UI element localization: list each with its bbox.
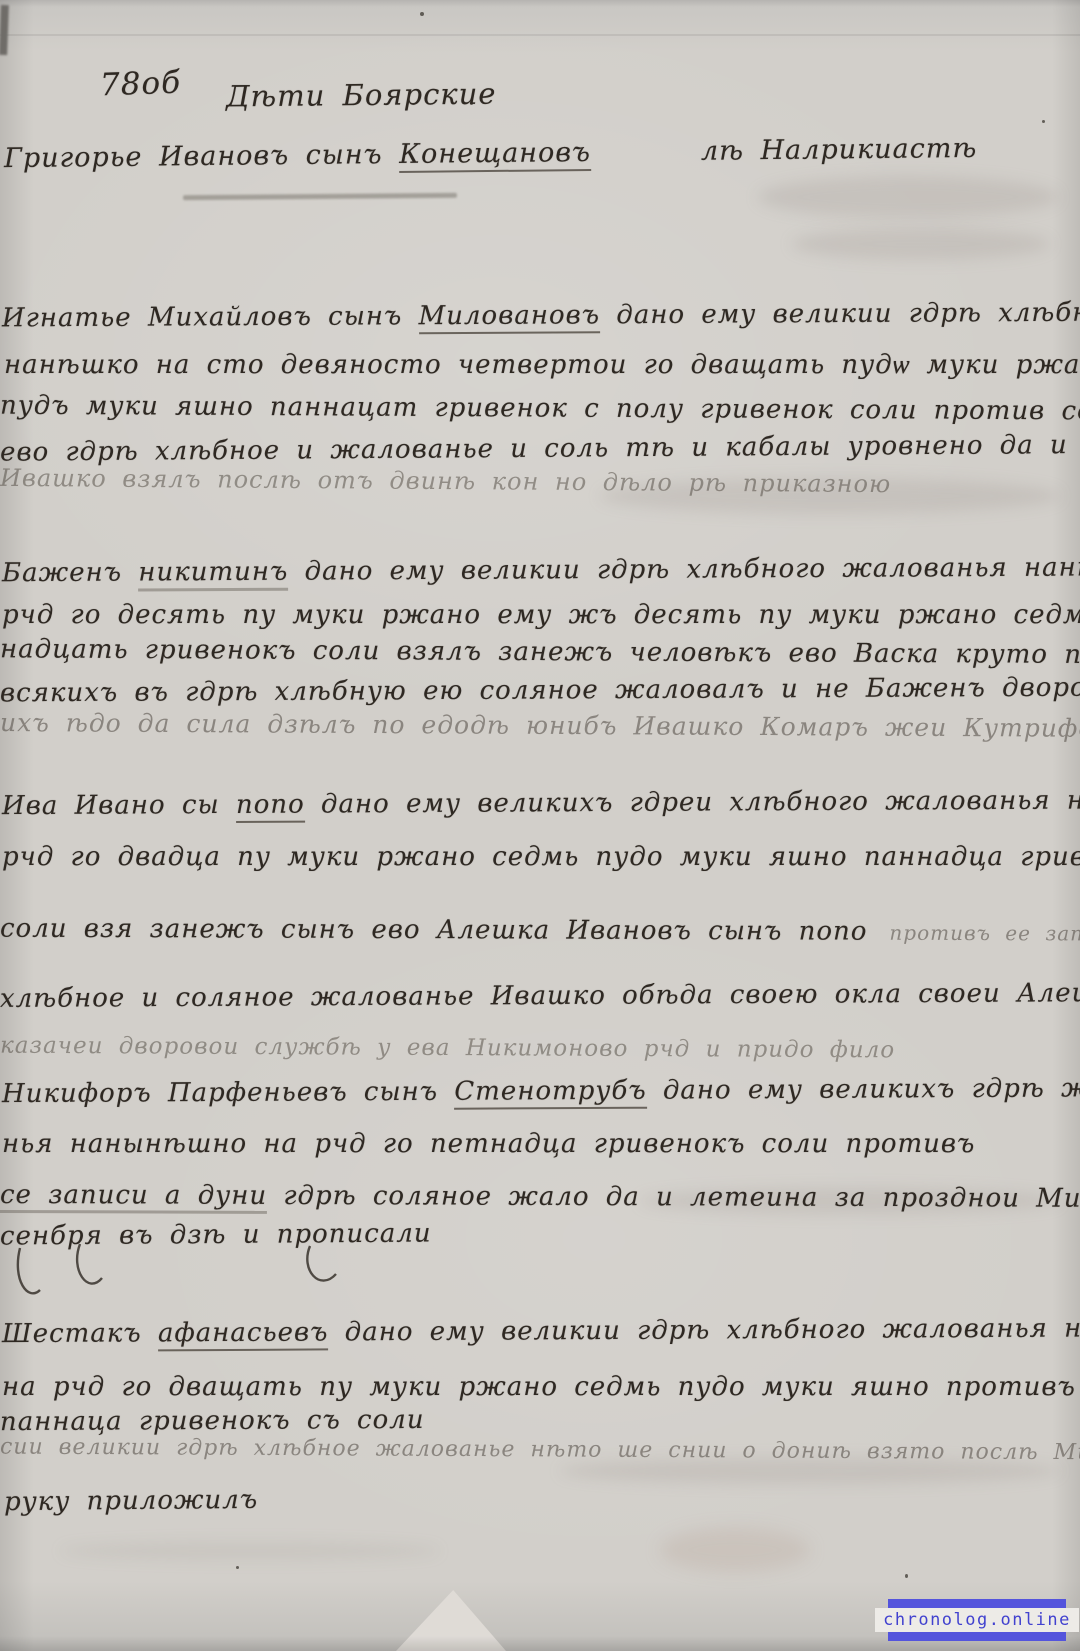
person-surname: попо: [236, 790, 305, 823]
manuscript-line: на рчд го дващать пу муки ржано седмь пу…: [2, 1372, 1080, 1402]
underlined-phrase: се записи а дуни: [0, 1180, 267, 1214]
manuscript-line: ихъ ѣдо да сила дзѣлъ по едодѣ юнибъ Ива…: [0, 708, 1080, 743]
header-tail: лѣ Налрикиастѣ: [701, 133, 978, 167]
watermark-inner-box: chronolog.online: [875, 1608, 1079, 1632]
person-surname: Конещановъ: [399, 137, 591, 173]
paper-speck: [905, 1574, 908, 1578]
person-name-prefix: Никифоръ Парфеньевъ сынъ: [2, 1077, 454, 1109]
line-rest: дано ему великихъ гдрѣ жалова: [647, 1073, 1080, 1106]
manuscript-line: Игнатье Михайловъ сынъ Миловановъ дано е…: [2, 297, 1080, 334]
paper-speck: [236, 1566, 239, 1569]
page-title: Дѣти Боярские: [226, 77, 497, 114]
watermark-box: chronolog.online: [888, 1599, 1066, 1641]
watermark-url: chronolog.online: [883, 1610, 1071, 1630]
person-name-prefix: Григорье Ивановъ сынъ: [4, 139, 399, 174]
line-rest: дано ему великии гдрѣ хлѣбного жалованя: [600, 297, 1080, 331]
manuscript-line: Баженъ никитинъ дано ему великии гдрѣ хл…: [2, 552, 1080, 588]
paper-speck: [420, 12, 424, 16]
manuscript-line: нанѣшко на сто девяносто четвертои го дв…: [4, 350, 1080, 380]
bleedthrough-ghost: [758, 176, 1058, 218]
line-rest: дано ему великии гдрѣ хлѣбного жалованья…: [328, 1313, 1080, 1348]
paper-speck: [1042, 120, 1045, 123]
line-rest: дано ему великии гдрѣ хлѣбного жалованья…: [288, 552, 1080, 587]
manuscript-line: казачеи дворовои службѣ у ева Никимоново…: [0, 1033, 895, 1064]
folio-number: 78об: [99, 65, 181, 104]
manuscript-line: рчд го двадца пу муки ржано седмь пудо м…: [2, 842, 1080, 872]
manuscript-line: рчд го десять пу муки ржано ему жъ десят…: [2, 600, 1080, 630]
manuscript-line: нья нанынѣшно на рчд го петнадца гривено…: [2, 1129, 975, 1159]
manuscript-line: сии великии гдрѣ хлѣбное жалованье нѣто …: [0, 1435, 1080, 1467]
pen-flourish: [10, 1240, 350, 1310]
bleedthrough-ghost: [792, 228, 1050, 260]
paper-stain: [660, 1528, 810, 1572]
top-left-edge-mark: [0, 5, 9, 55]
person-surname: афанасьевъ: [158, 1317, 329, 1351]
manuscript-line: соли взя занежъ сынъ ево Алешка Ивановъ …: [0, 914, 1080, 949]
manuscript-line: хлѣбное и соляное жалованье Ивашко обѣда…: [0, 976, 1080, 1014]
person-name-prefix: Ива Ивано сы: [2, 790, 236, 821]
manuscript-line: всякихъ въ гдрѣ хлѣбную ею соляное жалов…: [0, 672, 1080, 709]
manuscript-line: надцать гривенокъ соли взялъ занежъ чело…: [0, 634, 1080, 671]
manuscript-line: ево гдрѣ хлѣбное и жалованье и соль тѣ и…: [0, 428, 1080, 467]
bleedthrough-ghost: [60, 1542, 440, 1560]
manuscript-line: руку приложилъ: [4, 1485, 258, 1517]
person-name-prefix: Игнатье Михайловъ сынъ: [2, 301, 419, 333]
person-surname: Стенотрубъ: [454, 1076, 646, 1110]
name-underline-smudge: [183, 193, 457, 200]
manuscript-line: Никифоръ Парфеньевъ сынъ Стенотрубъ дано…: [2, 1073, 1080, 1109]
line-text: соли взя занежъ сынъ ево Алешка Ивановъ …: [0, 914, 867, 947]
manuscript-line: се записи а дуни гдрѣ соляное жало да и …: [0, 1180, 1080, 1214]
person-surname: никитинъ: [138, 557, 288, 592]
manuscript-page: 78об Дѣти Боярские Григорье Ивановъ сынъ…: [0, 0, 1080, 1651]
top-fold-line: [0, 34, 1080, 36]
person-name-prefix: Шестакъ: [2, 1318, 158, 1349]
person-name-prefix: Баженъ: [2, 557, 138, 588]
manuscript-line: пудъ муки яшно паннацат гривенок с полу …: [0, 391, 1080, 428]
line-rest: дано ему великихъ гдреи хлѣбного жалован…: [305, 785, 1080, 820]
manuscript-line: Ива Ивано сы попо дано ему великихъ гдре…: [2, 785, 1080, 821]
manuscript-line: Шестакъ афанасьевъ дано ему великии гдрѣ…: [2, 1313, 1080, 1349]
marginal-note: противъ ее записи на великии гдрѣ: [889, 921, 1080, 947]
manuscript-line: паннаца гривенокъ съ соли: [0, 1405, 425, 1437]
person-surname: Миловановъ: [419, 300, 601, 334]
line-rest: гдрѣ соляное жало да и летеина за проздн…: [267, 1181, 1080, 1214]
manuscript-line: Ивашко взялъ послѣ отъ двинѣ кон но дѣло…: [0, 464, 891, 498]
entry-header-line: Григорье Ивановъ сынъ Конещановълѣ Налри…: [4, 133, 978, 174]
